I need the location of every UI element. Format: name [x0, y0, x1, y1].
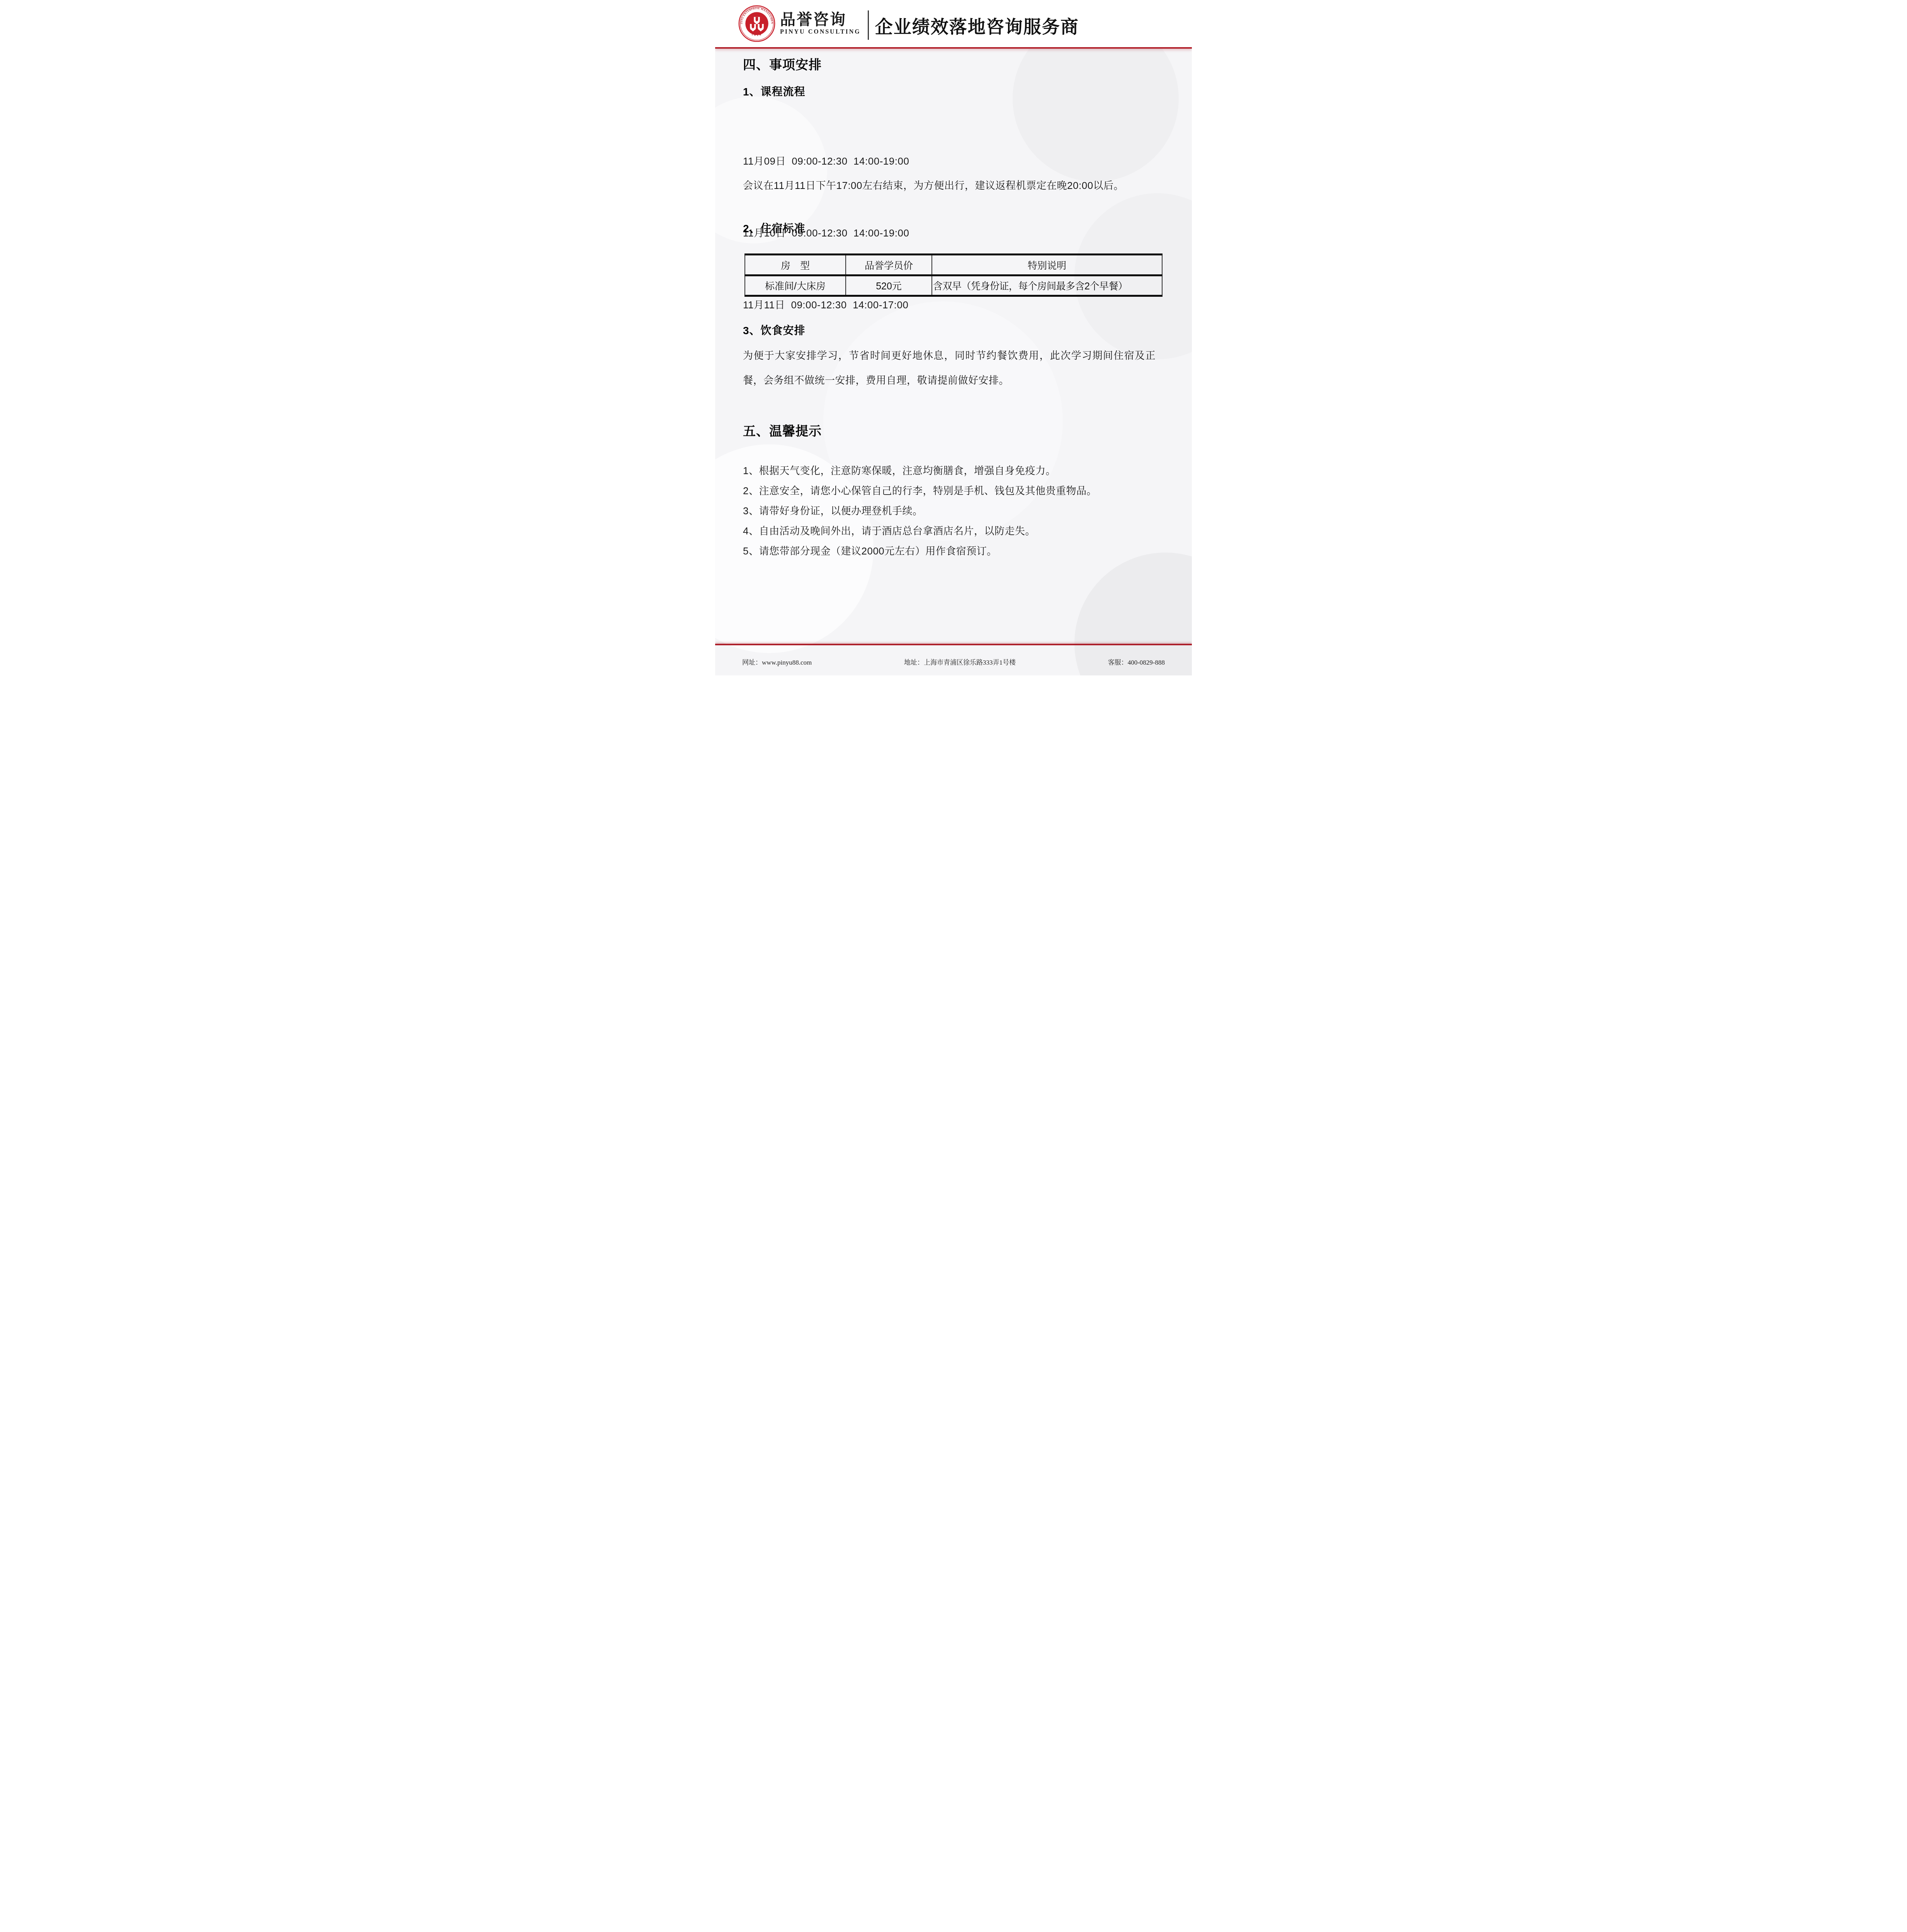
tips-list: 1、根据天气变化，注意防寒保暖，注意均衡膳食，增强自身免疫力。 2、注意安全，请… [743, 461, 1164, 561]
tip-item-2: 2、注意安全，请您小心保管自己的行李，特别是手机、钱包及其他贵重物品。 [743, 481, 1164, 501]
footer-website: 网址：www.pinyu88.com [742, 657, 812, 667]
brand-wordmark: 品誉咨询 [780, 12, 861, 27]
brand-block: 品誉咨询 PINYU CONSULTING [780, 12, 861, 35]
dining-note: 为便于大家安排学习，节省时间更好地休息，同时节约餐饮费用，此次学习期间住宿及正餐… [743, 343, 1156, 393]
lodging-price-table: 房 型 品誉学员价 特别说明 标准间/大床房 520元 含双早（凭身份证，每个房… [744, 253, 1163, 297]
course-flow-title: 1、课程流程 [743, 83, 1164, 99]
page-footer: 网址：www.pinyu88.com 地址：上海市青浦区徐乐路333弄1号楼 客… [715, 644, 1192, 675]
table-cell-price: 520元 [845, 276, 931, 295]
tip-item-3: 3、请带好身份证，以便办理登机手续。 [743, 501, 1164, 521]
footer-phone: 客服：400-0829-888 [1108, 657, 1165, 667]
footer-address: 地址：上海市青浦区徐乐路333弄1号楼 [904, 657, 1016, 667]
table-cell-room-type: 标准间/大床房 [744, 276, 845, 295]
section-5-title: 五、温馨提示 [743, 421, 1164, 439]
pinyu-seal-logo-icon: PINYU ENTERPRISE MANAGEMENT 2014 [738, 5, 775, 42]
brand-wordmark-en: PINYU CONSULTING [780, 29, 861, 35]
tip-item-5: 5、请您带部分现金（建议2000元左右）用作食宿预订。 [743, 541, 1164, 561]
document-page: PINYU ENTERPRISE MANAGEMENT 2014 [715, 0, 1192, 675]
lodging-standard-title: 2、住宿标准 [743, 220, 1164, 236]
tip-item-1: 1、根据天气变化，注意防寒保暖，注意均衡膳食，增强自身免疫力。 [743, 461, 1164, 481]
table-header-student-price: 品誉学员价 [845, 255, 931, 274]
header-divider [868, 10, 869, 40]
table-row: 标准间/大床房 520元 含双早（凭身份证，每个房间最多含2个早餐） [744, 276, 1163, 295]
table-header-special-note: 特别说明 [931, 255, 1163, 274]
dining-arrangement-title: 3、饮食安排 [743, 322, 1164, 338]
page-header: PINYU ENTERPRISE MANAGEMENT 2014 [715, 0, 1192, 49]
schedule-day-1: 11月09日 09:00-12:30 14:00-19:00 [743, 149, 1164, 173]
company-slogan: 企业绩效落地咨询服务商 [875, 9, 1079, 38]
section-4-title: 四、事项安排 [743, 55, 1164, 73]
tip-item-4: 4、自由活动及晚间外出，请于酒店总台拿酒店名片，以防走失。 [743, 521, 1164, 541]
table-header-row: 房 型 品誉学员价 特别说明 [744, 255, 1163, 276]
table-header-room-type: 房 型 [744, 255, 845, 274]
course-note: 会议在11月11日下午17:00左右结束，为方便出行，建议返程机票定在晚20:0… [743, 178, 1164, 192]
table-cell-special-note: 含双早（凭身份证，每个房间最多含2个早餐） [931, 276, 1163, 295]
